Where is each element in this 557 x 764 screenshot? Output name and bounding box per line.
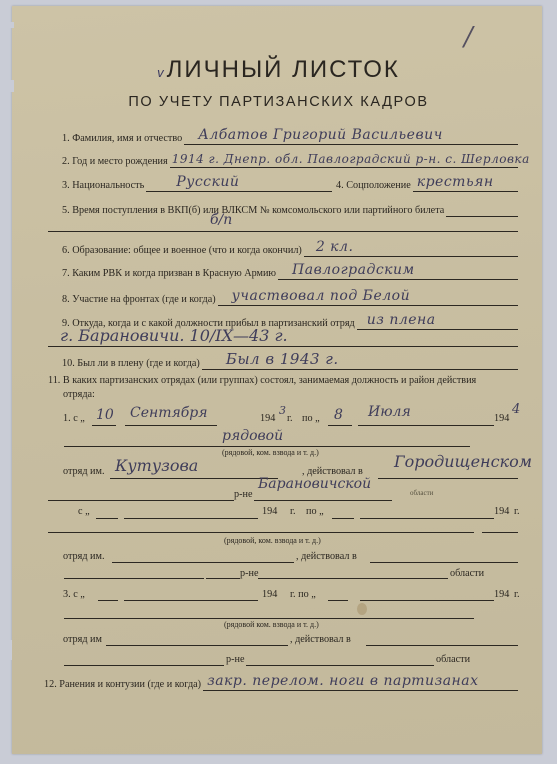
field-line (124, 518, 258, 519)
field-line (328, 600, 348, 601)
arrival-value-line2: г. Барановичи. 10/IX—43 г. (60, 326, 288, 345)
det3-rne-label: р-не (226, 654, 244, 665)
field-line (48, 346, 518, 347)
det3-deistv-label: , действовал в (290, 634, 351, 645)
field-line: Русский (146, 175, 332, 192)
field-line (64, 665, 224, 666)
field-line (482, 532, 518, 533)
field-captivity: 10. Был ли в плену (где и когда) Был в 1… (62, 353, 518, 370)
det1-year-prefix: 194 (260, 413, 275, 424)
det1-district: Городищенском (394, 452, 532, 471)
field-education: 6. Образование: общее и военное (что и к… (62, 240, 518, 257)
field-label: 12. Ранения и контузии (где и когда) (44, 679, 201, 691)
field-value: 1914 г. Днепр. обл. Павлоградский р-н. с… (172, 152, 530, 166)
field-label: 2. Год и место рождения (62, 156, 168, 168)
field-line (125, 425, 217, 426)
det1-rne-label: р-не (234, 489, 252, 500)
field-line (48, 231, 518, 232)
det3-year-to-suffix: г. (514, 589, 520, 600)
field-line: Албатов Григорий Васильевич (184, 128, 518, 145)
det2-rne-label: р-не (240, 568, 258, 579)
field-value: из плена (367, 312, 436, 328)
det2-from-prefix: с „ (78, 506, 90, 517)
det1-oblast-label-faded: области (410, 489, 433, 497)
field-line (98, 600, 118, 601)
field-line (110, 478, 278, 479)
field-name: 1. Фамилия, имя и отчество Албатов Григо… (62, 128, 518, 145)
field-line (370, 562, 518, 563)
field-line: крестьян (413, 175, 518, 192)
field-line: участвовал под Белой (218, 289, 518, 306)
det3-to-prefix: г. по „ (290, 589, 316, 600)
field-value: Был в 1943 г. (226, 350, 339, 368)
paper-stain (357, 603, 367, 615)
field-social-status: 4. Соцположение крестьян (336, 175, 518, 192)
field-line (378, 478, 518, 479)
field-line (96, 518, 118, 519)
field-detachments-label-cont: отряда: (63, 389, 95, 400)
field-line (64, 578, 204, 579)
det2-year-to-prefix: 194 (494, 506, 509, 517)
field-line: закр. перелом. ноги в партизанах (203, 674, 518, 691)
field-value: закр. перелом. ноги в партизанах (207, 673, 478, 689)
paper-tear (0, 640, 12, 660)
document-title: vЛИЧНЫЙ ЛИСТОК (0, 56, 557, 84)
field-line: Павлоградским (278, 263, 518, 280)
field-line (48, 532, 474, 533)
det1-month-to: Июля (368, 404, 411, 420)
field-value: Албатов Григорий Васильевич (198, 127, 443, 143)
det2-deistv-label: , действовал в (296, 551, 357, 562)
det1-otryad-label: отряд им. (63, 466, 105, 477)
field-label: 1. Фамилия, имя и отчество (62, 133, 182, 145)
det1-year-to-prefix: 194 (494, 413, 509, 424)
field-line (112, 562, 294, 563)
field-line (64, 618, 474, 619)
field-line: Был в 1943 г. (202, 353, 518, 370)
det1-day-from: 10 (96, 407, 114, 423)
field-line (246, 665, 434, 666)
det1-day-to: 8 (334, 407, 343, 423)
det3-year-prefix: 194 (262, 589, 277, 600)
corner-pencil-mark: / (464, 22, 473, 52)
field-label: 5. Время поступления в ВКП(б) или ВЛКСМ … (62, 205, 444, 217)
field-line (92, 425, 116, 426)
det1-year-to-digit: 4 (512, 402, 520, 417)
det2-to-prefix: по „ (306, 506, 324, 517)
det1-month-from: Сентября (130, 405, 208, 421)
field-line (366, 645, 518, 646)
field-conscription: 7. Каким РВК и когда призван в Красную А… (62, 263, 518, 280)
field-line (358, 425, 494, 426)
field-label: 6. Образование: общее и военное (что и к… (62, 245, 302, 257)
field-line (258, 578, 448, 579)
det3-position-hint: (рядовой ком. взвода и т. д.) (224, 620, 319, 629)
title-text: ЛИЧНЫЙ ЛИСТОК (167, 56, 400, 83)
paper-tear (0, 22, 14, 28)
field-line (254, 500, 392, 501)
field-line (106, 645, 288, 646)
det1-from-prefix: 1. с „ (63, 413, 85, 424)
det2-year-to-suffix: г. (514, 506, 520, 517)
field-fronts: 8. Участие на фронтах (где и когда) учас… (62, 289, 518, 306)
document-subtitle: ПО УЧЕТУ ПАРТИЗАНСКИХ КАДРОВ (0, 94, 557, 110)
field-line (328, 425, 352, 426)
det3-oblast-label: области (436, 654, 470, 665)
det2-year-suffix: г. (290, 506, 296, 517)
field-line (206, 578, 240, 579)
det1-region: Барановичской (258, 476, 371, 492)
det3-otryad-label: отряд им (63, 634, 102, 645)
det1-to-prefix: по „ (302, 413, 320, 424)
field-value: Павлоградским (292, 262, 415, 278)
field-label: 10. Был ли в плену (где и когда) (62, 358, 200, 370)
field-line (64, 446, 470, 447)
det2-otryad-label: отряд им. (63, 551, 105, 562)
field-line (446, 200, 518, 217)
det1-year-suffix: г. (287, 413, 293, 424)
field-value: Русский (176, 174, 239, 190)
det2-position-hint: (рядовой, ком. взвода и т. д.) (224, 536, 321, 545)
field-party: 5. Время поступления в ВКП(б) или ВЛКСМ … (62, 200, 518, 217)
det1-position: рядовой (222, 428, 283, 444)
det3-year-to-prefix: 194 (494, 589, 509, 600)
field-label: 8. Участие на фронтах (где и когда) (62, 294, 216, 306)
field-line: из плена (357, 313, 518, 330)
check-mark: v (157, 65, 166, 80)
field-value: участвовал под Белой (232, 288, 410, 304)
field-label: 3. Национальность (62, 180, 144, 192)
field-line (360, 600, 494, 601)
field-line: 2 кл. (304, 240, 518, 257)
field-birth: 2. Год и место рождения 1914 г. Днепр. о… (62, 151, 518, 168)
det2-year-prefix: 194 (262, 506, 277, 517)
det1-otryad-name: Кутузова (115, 456, 198, 475)
field-line (124, 600, 258, 601)
field-line (332, 518, 354, 519)
field-line (48, 500, 234, 501)
field-line (360, 518, 494, 519)
field-nationality: 3. Национальность Русский (62, 175, 332, 192)
field-value: крестьян (417, 174, 494, 190)
det2-oblast-label: области (450, 568, 484, 579)
field-label: 7. Каким РВК и когда призван в Красную А… (62, 268, 276, 280)
field-line: 1914 г. Днепр. обл. Павлоградский р-н. с… (170, 151, 518, 168)
field-value: 2 кл. (316, 239, 354, 255)
field-wounds: 12. Ранения и контузии (где и когда) зак… (44, 674, 518, 691)
det1-year-from-digit: 3 (279, 404, 286, 417)
det1-position-hint: (рядовой, ком. взвода и т. д.) (222, 448, 319, 457)
field-detachments-label: 11. В каких партизанских отрядах (или гр… (48, 375, 518, 386)
field-label: 4. Соцположение (336, 180, 411, 192)
party-value: б/п (210, 212, 232, 228)
det3-from-prefix: 3. с „ (63, 589, 85, 600)
